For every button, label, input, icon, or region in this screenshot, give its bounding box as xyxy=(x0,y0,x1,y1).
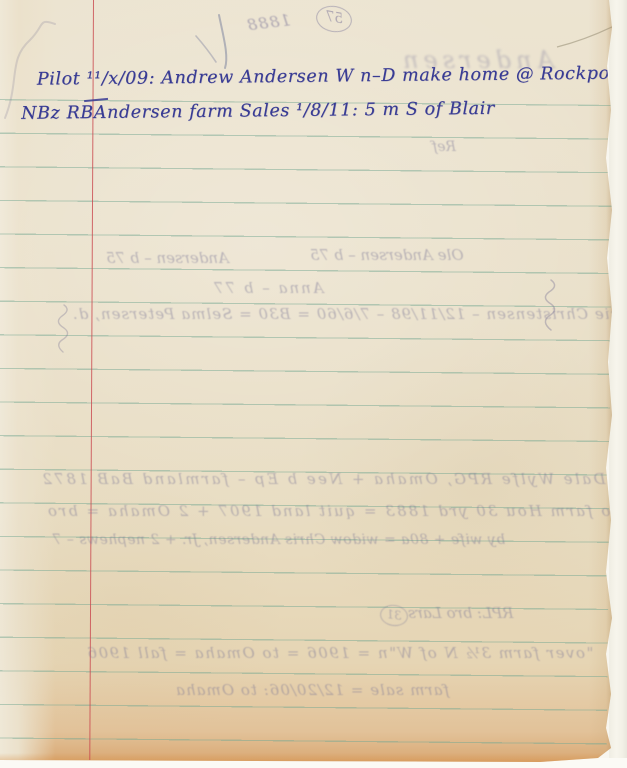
handwriting-layer: Pilot ¹¹/x/09: Andrew Andersen W n–D mak… xyxy=(0,0,615,200)
bleed-fragment: Anna – b 77 xyxy=(212,279,324,297)
paper-sheet: 1888 57 Andersen Ref Andersen – b 75 Ole… xyxy=(0,0,613,762)
ink-underline xyxy=(84,98,108,102)
bleed-fragment: to farm Hou 30 yrd 1883 = quit land 1907… xyxy=(46,502,618,520)
handwriting-line-1: Pilot ¹¹/x/09: Andrew Andersen W n–D mak… xyxy=(37,63,627,90)
bleed-fragment: RPL: bro Lars xyxy=(408,604,514,622)
bleed-fragment: Dale Wylfe RPG, Omaha + Nee b Ep – farml… xyxy=(40,470,606,488)
bleed-fragment: "over farm 3½ N of W"n = 1906 = to Omaha… xyxy=(86,644,593,662)
handwriting-line-2: NBz RBAndersen farm Sales ¹/8/11: 5 m S … xyxy=(21,99,495,124)
bleed-fragment: farm sale = 12/20/06: to Omaha xyxy=(175,681,449,699)
bleed-fragment: Elsie Christensen – 12/11/98 – 7/6/60 = … xyxy=(72,305,627,323)
scanner-background-right xyxy=(609,0,627,768)
bleed-fragment: Ole Andersen – b 75 xyxy=(310,246,464,264)
scanned-page: 1888 57 Andersen Ref Andersen – b 75 Ole… xyxy=(0,0,627,768)
bleed-fragment: by wife + 80a = widow Chris Andersen, Jr… xyxy=(52,532,505,548)
bleed-fragment: Andersen – b 75 xyxy=(106,249,229,267)
